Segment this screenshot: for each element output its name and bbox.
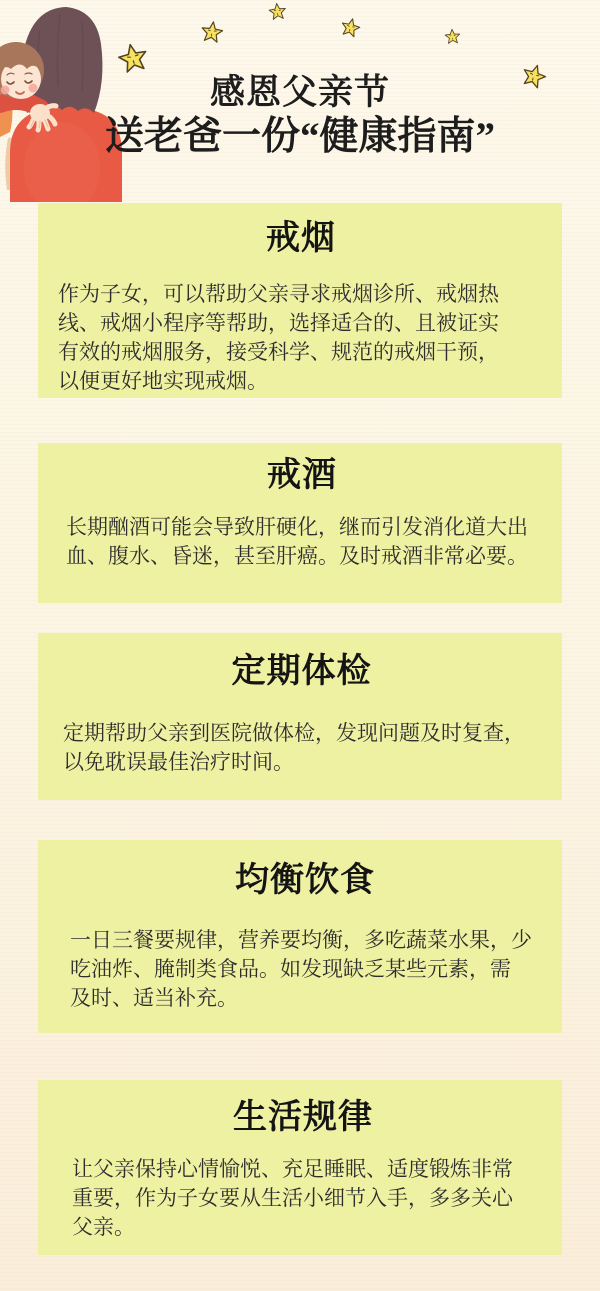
body-line: 长期酗酒可能会导致肝硬化，继而引发消化道大出 bbox=[66, 513, 538, 542]
header: 感恩父亲节 送老爸一份“健康指南” bbox=[0, 0, 600, 203]
body-line: 重要，作为子女要从生活小细节入手，多多关心 bbox=[72, 1184, 534, 1213]
body-line: 让父亲保持心情愉悦、充足睡眠、适度锻炼非常 bbox=[72, 1155, 534, 1184]
card-body: 让父亲保持心情愉悦、充足睡眠、适度锻炼非常 重要，作为子女要从生活小细节入手，多… bbox=[72, 1155, 534, 1242]
card-list: 戒烟 作为子女，可以帮助父亲寻求戒烟诊所、戒烟热 线、戒烟小程序等帮助，选择适合… bbox=[0, 203, 600, 1255]
card-title: 均衡饮食 bbox=[70, 861, 540, 901]
body-line: 有效的戒烟服务，接受科学、规范的戒烟干预， bbox=[58, 338, 544, 367]
body-line: 定期帮助父亲到医院做体检，发现问题及时复查， bbox=[63, 719, 540, 748]
card-regular-checkup: 定期体检 定期帮助父亲到医院做体检，发现问题及时复查， 以免耽误最佳治疗时间。 bbox=[38, 633, 562, 800]
card-title: 定期体检 bbox=[63, 652, 540, 692]
body-line: 父亲。 bbox=[72, 1213, 534, 1242]
body-line: 以免耽误最佳治疗时间。 bbox=[63, 748, 540, 777]
header-titles: 感恩父亲节 送老爸一份“健康指南” bbox=[0, 0, 600, 160]
body-line: 作为子女，可以帮助父亲寻求戒烟诊所、戒烟热 bbox=[58, 280, 544, 309]
card-body: 一日三餐要规律，营养要均衡，多吃蔬菜水果，少 吃油炸、腌制类食品。如发现缺乏某些… bbox=[70, 926, 540, 1013]
body-line: 吃油炸、腌制类食品。如发现缺乏某些元素，需 bbox=[70, 955, 540, 984]
card-regular-life: 生活规律 让父亲保持心情愉悦、充足睡眠、适度锻炼非常 重要，作为子女要从生活小细… bbox=[38, 1080, 562, 1255]
page-title-line1: 感恩父亲节 bbox=[0, 72, 600, 114]
body-line: 血、腹水、昏迷，甚至肝癌。及时戒酒非常必要。 bbox=[66, 542, 538, 571]
card-title: 戒烟 bbox=[58, 219, 544, 259]
card-title: 生活规律 bbox=[72, 1098, 534, 1138]
card-balanced-diet: 均衡饮食 一日三餐要规律，营养要均衡，多吃蔬菜水果，少 吃油炸、腌制类食品。如发… bbox=[38, 840, 562, 1033]
card-body: 长期酗酒可能会导致肝硬化，继而引发消化道大出 血、腹水、昏迷，甚至肝癌。及时戒酒… bbox=[66, 513, 538, 571]
card-title: 戒酒 bbox=[66, 456, 538, 496]
body-line: 及时、适当补充。 bbox=[70, 984, 540, 1013]
health-guide-poster: 感恩父亲节 送老爸一份“健康指南” 戒烟 作为子女，可以帮助父亲寻求戒烟诊所、戒… bbox=[0, 0, 600, 1291]
page-title-line2: 送老爸一份“健康指南” bbox=[0, 114, 600, 160]
body-line: 以便更好地实现戒烟。 bbox=[58, 367, 544, 396]
body-line: 一日三餐要规律，营养要均衡，多吃蔬菜水果，少 bbox=[70, 926, 540, 955]
card-body: 作为子女，可以帮助父亲寻求戒烟诊所、戒烟热 线、戒烟小程序等帮助，选择适合的、且… bbox=[58, 280, 544, 396]
card-quit-smoking: 戒烟 作为子女，可以帮助父亲寻求戒烟诊所、戒烟热 线、戒烟小程序等帮助，选择适合… bbox=[38, 203, 562, 398]
body-line: 线、戒烟小程序等帮助，选择适合的、且被证实 bbox=[58, 309, 544, 338]
card-body: 定期帮助父亲到医院做体检，发现问题及时复查， 以免耽误最佳治疗时间。 bbox=[63, 719, 540, 777]
card-quit-drinking: 戒酒 长期酗酒可能会导致肝硬化，继而引发消化道大出 血、腹水、昏迷，甚至肝癌。及… bbox=[38, 443, 562, 603]
poster-page: { "page": { "background_color": "#fdf6e9… bbox=[0, 0, 600, 1291]
